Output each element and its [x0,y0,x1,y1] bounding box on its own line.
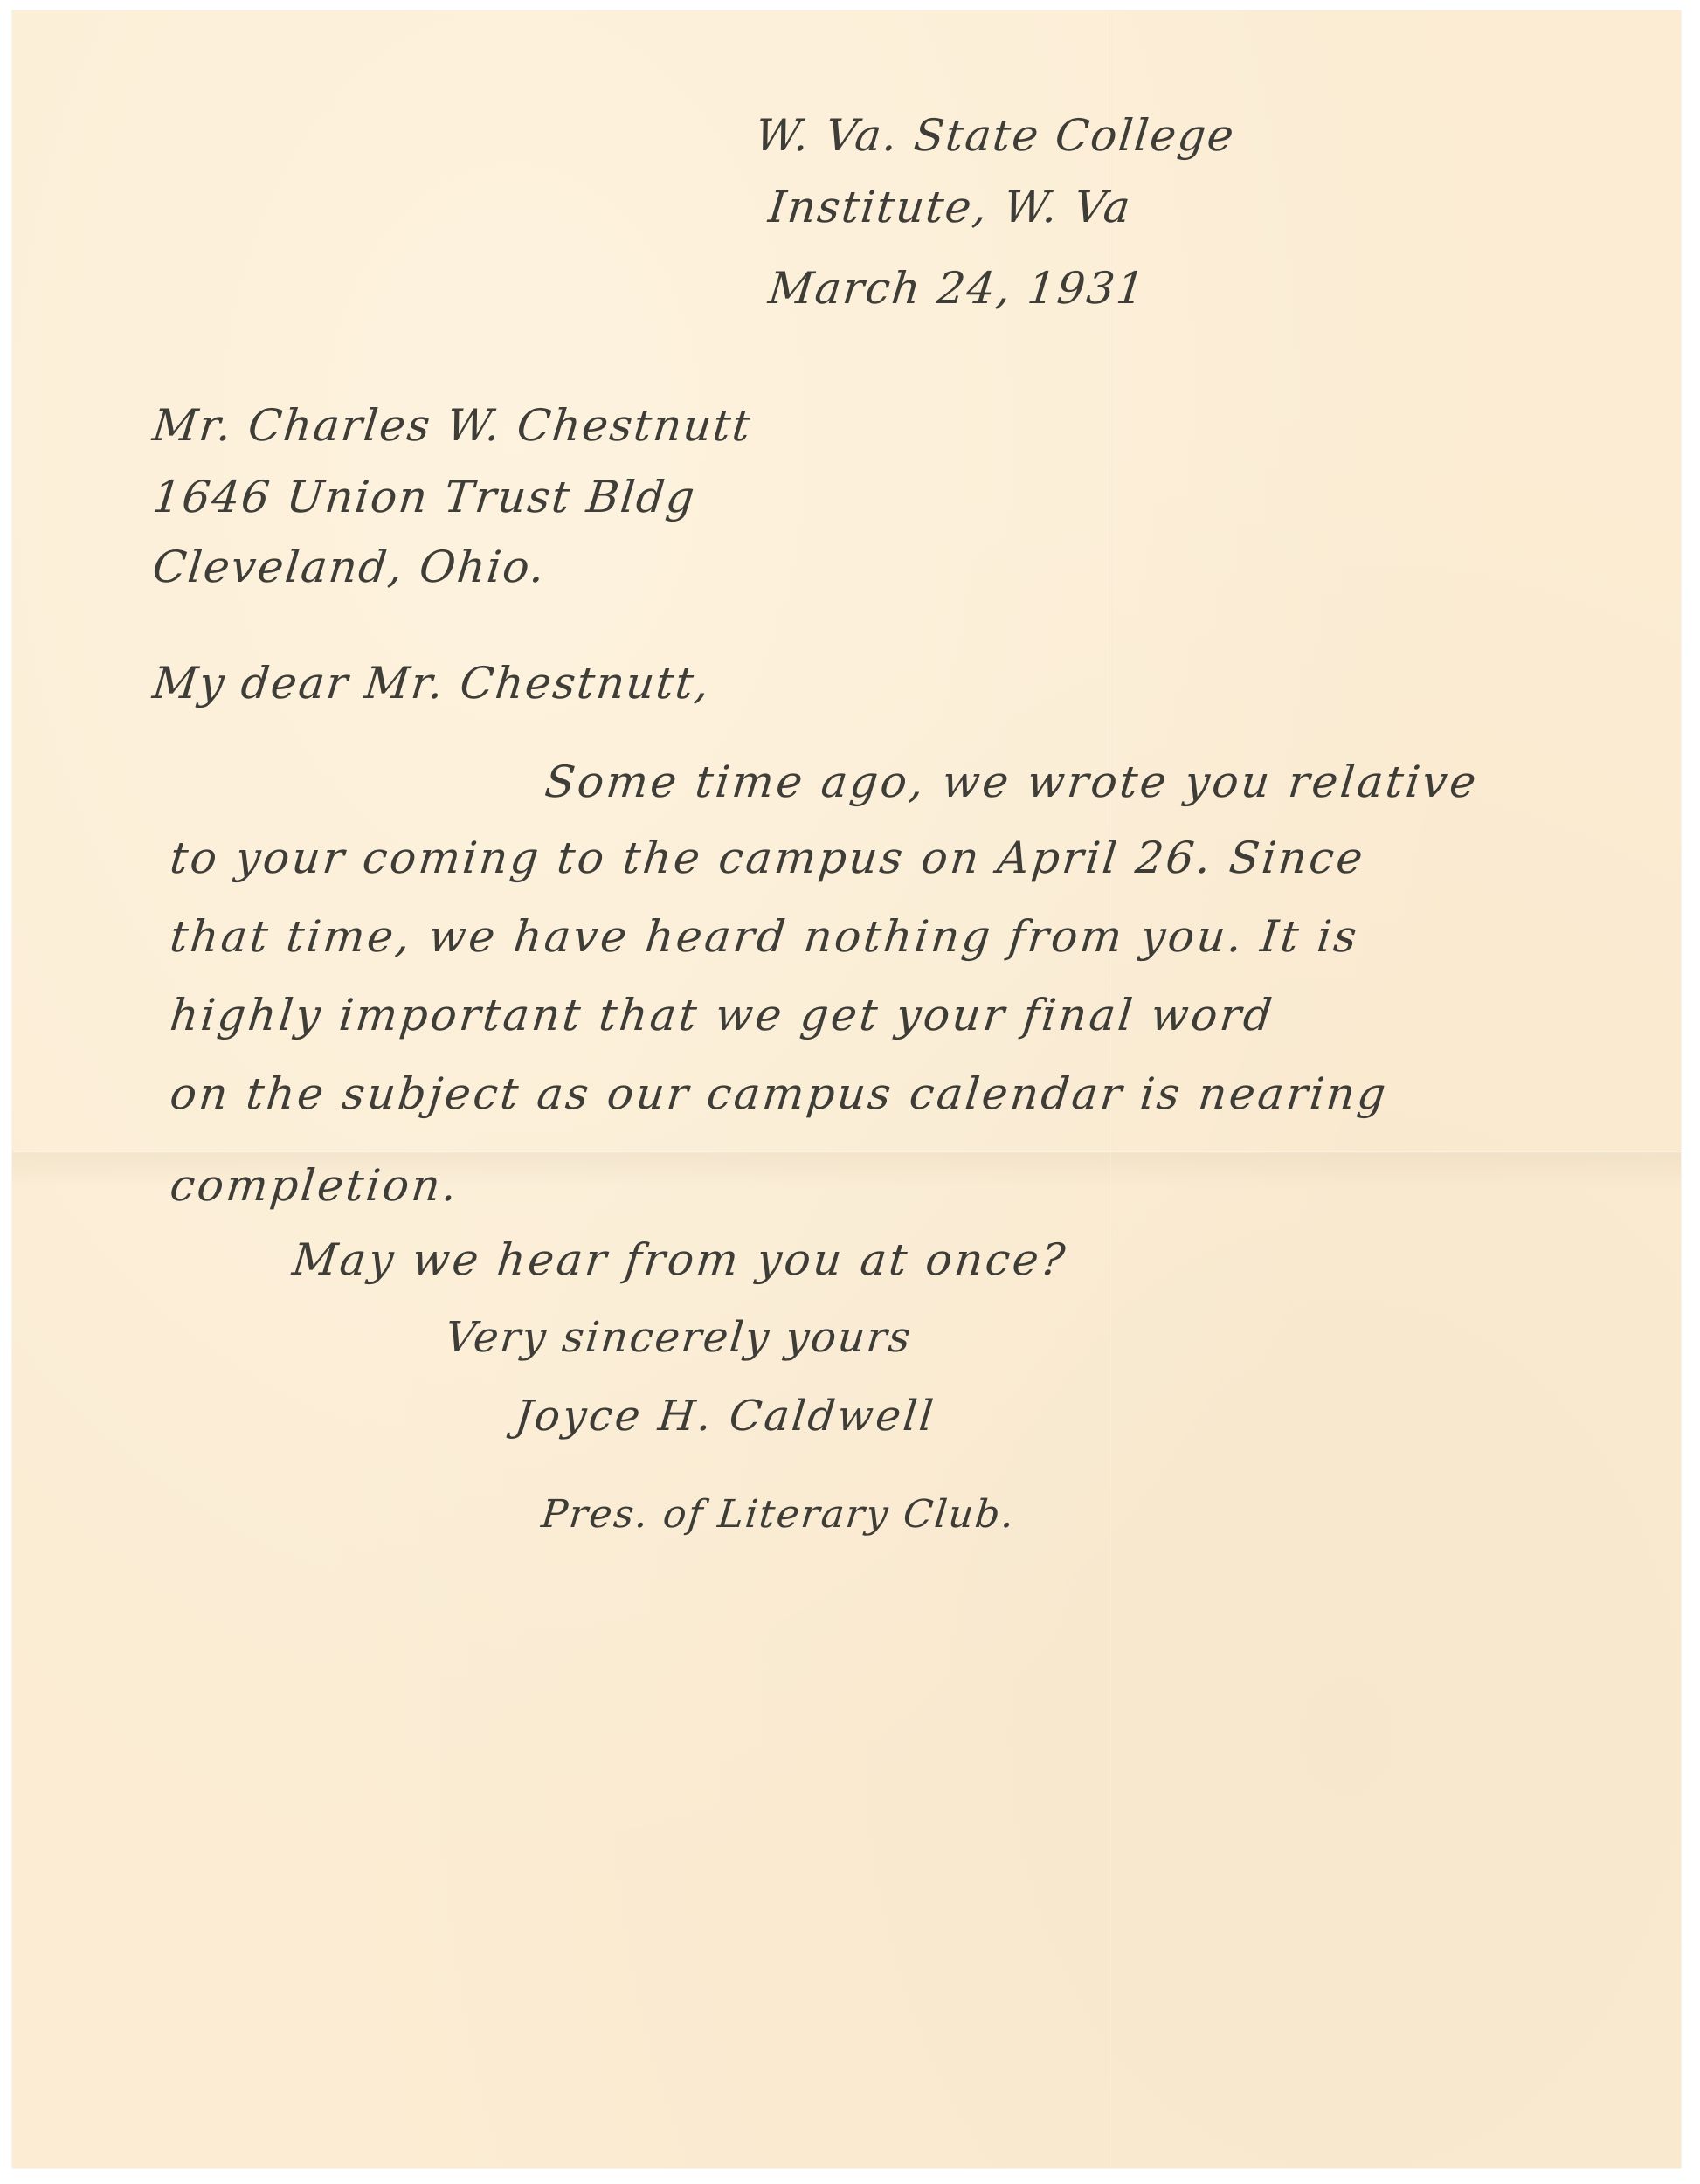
letter-paper: W. Va. State College Institute, W. Va Ma… [12,10,1681,2168]
body-line-3: that time, we have heard nothing from yo… [168,915,1361,958]
signer-title: Pres. of Literary Club. [540,1496,1018,1534]
heading-date: March 24, 1931 [766,266,1148,310]
heading-institution: W. Va. State College [753,114,1237,157]
signature: Joyce H. Caldwell [513,1395,937,1437]
valediction: Very sincerely yours [443,1317,914,1358]
body-line-1: Some time ago, we wrote you relative [542,760,1481,804]
body-request: May we hear from you at once? [290,1238,1069,1282]
recipient-city: Cleveland, Ohio. [150,545,548,589]
body-line-6: completion. [168,1164,461,1207]
recipient-name: Mr. Charles W. Chestnutt [150,404,754,447]
salutation: My dear Mr. Chestnutt, [150,661,712,705]
body-line-5: on the subject as our campus calendar is… [168,1072,1390,1116]
body-line-2: to your coming to the campus on April 26… [168,836,1367,880]
heading-location: Institute, W. Va [766,185,1133,229]
recipient-street: 1646 Union Trust Bldg [150,475,698,519]
body-line-4: highly important that we get your final … [168,993,1276,1037]
